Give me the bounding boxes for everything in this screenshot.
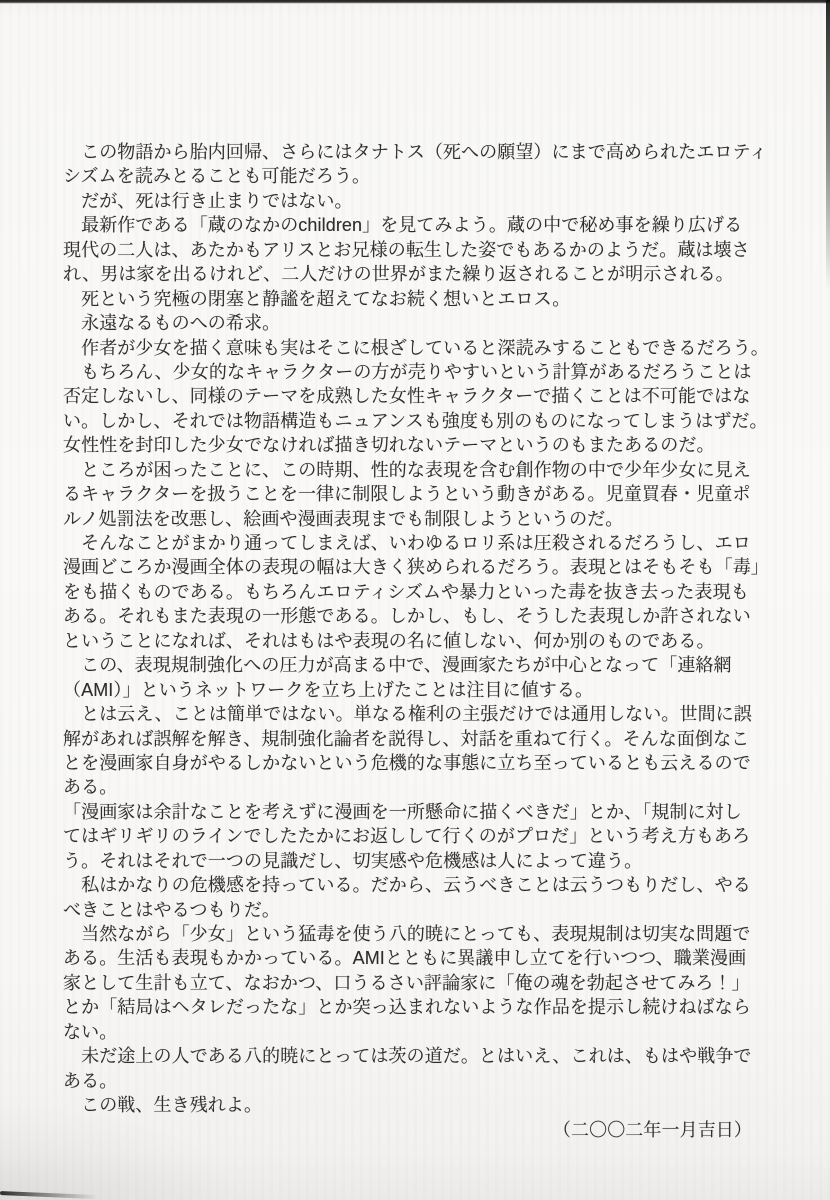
text-line: ある。: [63, 1069, 768, 1093]
scanned-book-page: この物語から胎内回帰、さらにはタナトス（死への願望）にまで高められたエロティシズ…: [0, 0, 830, 1200]
text-line: ということになれば、それはもはや表現の名に値しない、何か別のものである。: [63, 629, 768, 653]
text-line: シズムを読みとることも可能だろう。: [63, 164, 768, 188]
text-line: べきことはやるつもりだ。: [63, 898, 768, 922]
date-line: （二〇〇二年一月吉日）: [63, 1118, 768, 1142]
text-line: とか「結局はヘタレだったな」とか突っ込まれないような作品を提示し続けねばなら: [63, 995, 768, 1019]
text-line: 永遠なるものへの希求。: [63, 311, 768, 335]
text-line: 「漫画家は余計なことを考えずに漫画を一所懸命に描くべきだ」とか、「規制に対し: [63, 800, 768, 824]
text-line: れ、男は家を出るけれど、二人だけの世界がまた繰り返されることが明示される。: [63, 262, 768, 286]
text-line: そんなことがまかり通ってしまえば、いわゆるロリ系は圧殺されるだろうし、エロ: [63, 531, 768, 555]
text-line: 女性性を封印した少女でなければ描き切れないテーマというのもまたあるのだ。: [63, 433, 768, 457]
text-line: い。しかし、それでは物語構造もニュアンスも強度も別のものになってしまうはずだ。: [63, 409, 768, 433]
text-line: ところが困ったことに、この時期、性的な表現を含む創作物の中で少年少女に見え: [63, 458, 768, 482]
text-line: （AMI）」というネットワークを立ち上げたことは注目に値する。: [63, 678, 768, 702]
scan-edge-top-artifact: [0, 0, 830, 4]
text-line: この戦、生き残れよ。: [63, 1093, 768, 1117]
text-line: ある。生活も表現もかかっている。AMIとともに異議申し立てを行いつつ、職業漫画: [63, 946, 768, 970]
text-line: とを漫画家自身がやるしかないという危機的な事態に立ち至っているとも云えるので: [63, 751, 768, 775]
text-line: ルノ処罰法を改悪し、絵画や漫画表現までも制限しようというのだ。: [63, 507, 768, 531]
text-line: るキャラクターを扱うことを一律に制限しようという動きがある。児童買春・児童ポ: [63, 482, 768, 506]
scan-edge-right-artifact: [826, 0, 830, 290]
text-line: 作者が少女を描く意味も実はそこに根ざしていると深読みすることもできるだろう。: [63, 336, 768, 360]
body-lines: この物語から胎内回帰、さらにはタナトス（死への願望）にまで高められたエロティシズ…: [63, 140, 768, 1118]
text-line: 当然ながら「少女」という猛毒を使う八的暁にとっても、表現規制は切実な問題で: [63, 922, 768, 946]
text-line: 現代の二人は、あたかもアリスとお兄様の転生した姿でもあるかのようだ。蔵は壊さ: [63, 238, 768, 262]
text-line: だが、死は行き止まりではない。: [63, 189, 768, 213]
text-line: 否定しないし、同様のテーマを成熟した女性キャラクターで描くことは不可能ではな: [63, 384, 768, 408]
text-line: とは云え、ことは簡単ではない。単なる権利の主張だけでは通用しない。世間に誤: [63, 702, 768, 726]
text-line: 解があれば誤解を解き、規制強化論者を説得し、対話を重ねて行く。そんな面倒なこ: [63, 727, 768, 751]
text-line: てはギリギリのラインでしたたかにお返しして行くのがプロだ」という考え方もあろ: [63, 824, 768, 848]
text-line: 漫画どころか漫画全体の表現の幅は大きく狭められるだろう。表現とはそもそも「毒」: [63, 555, 768, 579]
text-line: もちろん、少女的なキャラクターの方が売りやすいという計算があるだろうことは: [63, 360, 768, 384]
text-line: ある。: [63, 775, 768, 799]
text-line: 家として生計も立て、なおかつ、口うるさい評論家に「俺の魂を勃起させてみろ！」: [63, 971, 768, 995]
afterword-body: この物語から胎内回帰、さらにはタナトス（死への願望）にまで高められたエロティシズ…: [63, 140, 768, 1142]
text-line: う。それはそれで一つの見識だし、切実感や危機感は人によって違う。: [63, 849, 768, 873]
text-line: をも描くものである。もちろんエロティシズムや暴力といった毒を抜き去った表現も: [63, 580, 768, 604]
text-line: ない。: [63, 1020, 768, 1044]
text-line: 最新作である「蔵のなかのchildren」を見てみよう。蔵の中で秘め事を繰り広げ…: [63, 213, 768, 237]
text-line: 未だ途上の人である八的暁にとっては茨の道だ。とはいえ、これは、もはや戦争で: [63, 1044, 768, 1068]
text-line: 死という究極の閉塞と静謐を超えてなお続く想いとエロス。: [63, 287, 768, 311]
text-line: この、表現規制強化への圧力が高まる中で、漫画家たちが中心となって「連絡網: [63, 653, 768, 677]
text-line: 私はかなりの危機感を持っている。だから、云うべきことは云うつもりだし、やる: [63, 873, 768, 897]
scan-smudge-bottom-left-artifact: [0, 1191, 98, 1199]
text-line: この物語から胎内回帰、さらにはタナトス（死への願望）にまで高められたエロティ: [63, 140, 768, 164]
text-line: ある。それもまた表現の一形態である。しかし、もし、そうした表現しか許されない: [63, 604, 768, 628]
